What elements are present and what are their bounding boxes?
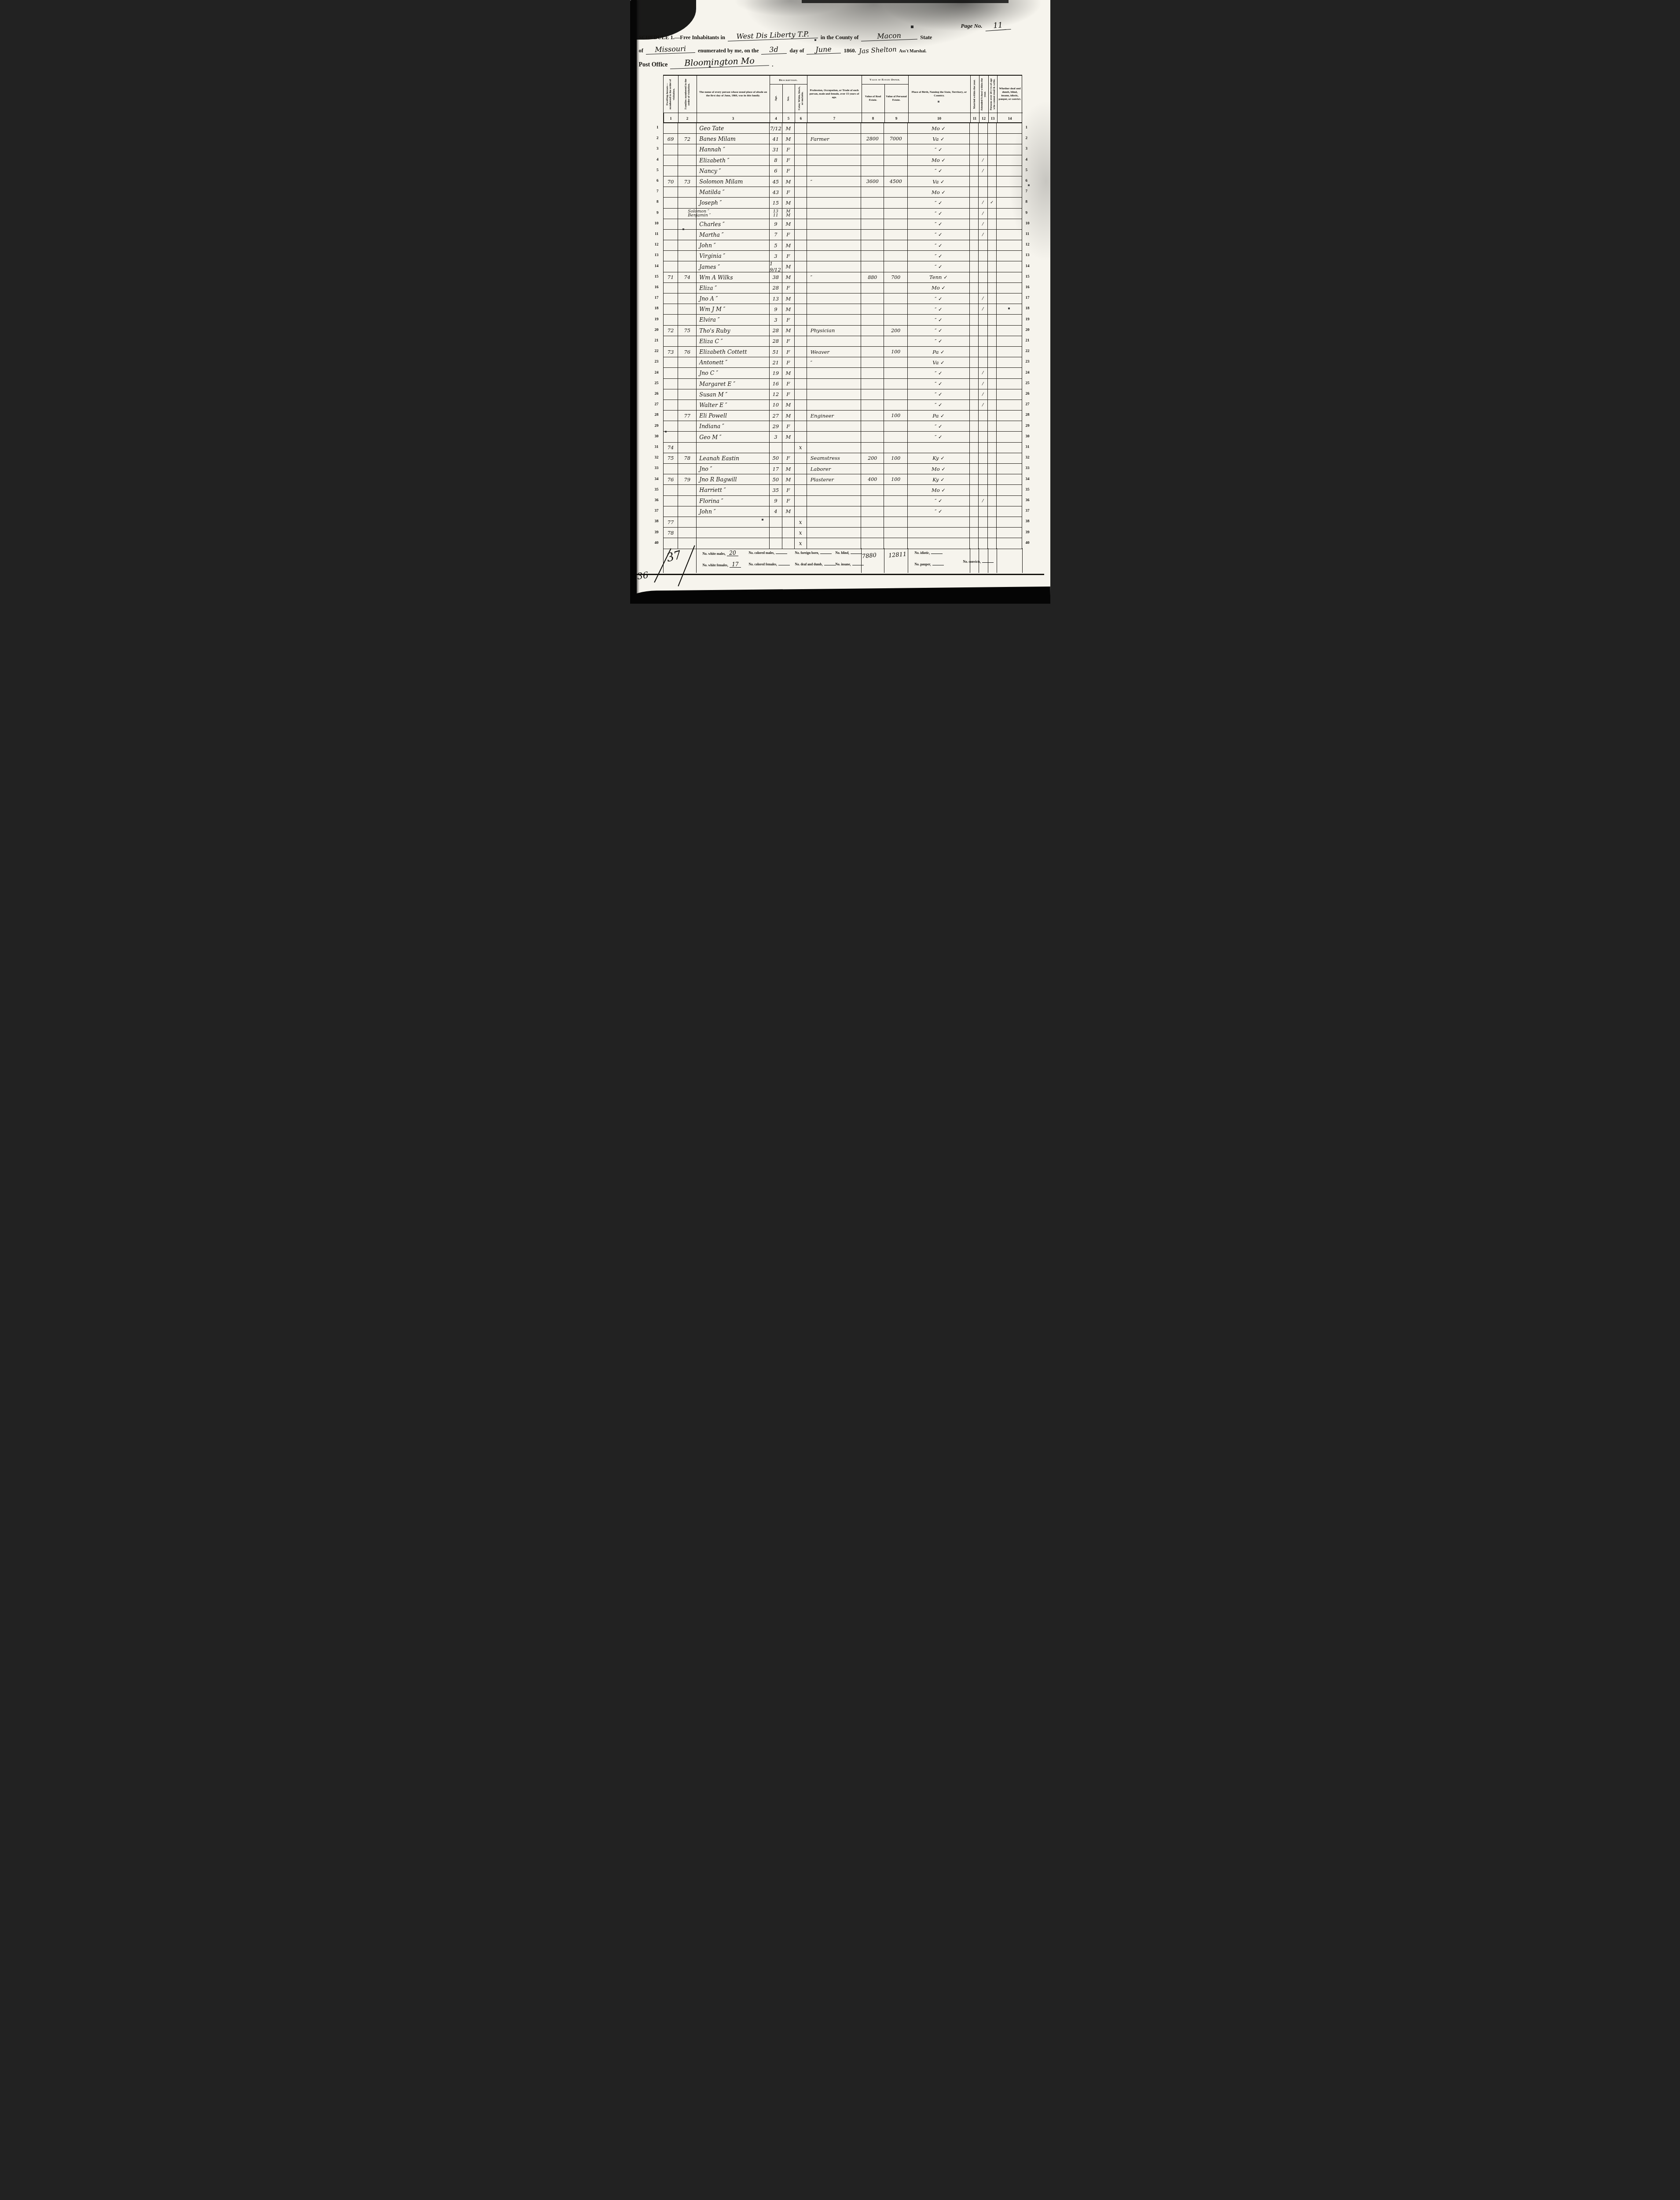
line-number: 32 — [1022, 455, 1049, 459]
cell-dwelling — [664, 336, 678, 346]
line-number: 40 — [1022, 540, 1049, 545]
cell-age: 31 — [769, 144, 782, 154]
cell-married — [969, 198, 978, 208]
cell-name: Margaret E ″ — [696, 379, 769, 389]
line-number: 18 — [637, 306, 663, 310]
line-number: 28 — [1022, 412, 1049, 417]
line-number: 37 — [1022, 508, 1049, 513]
cell-remarks — [996, 261, 1022, 271]
table-row-line-40: x — [664, 538, 1022, 549]
cell-family — [678, 166, 696, 176]
footer-item: No. deaf and dumb, — [795, 562, 836, 566]
cell-birthplace: ″ ✓ — [907, 230, 969, 240]
cell-family — [678, 517, 696, 527]
cell-remarks — [996, 272, 1022, 282]
cell-birthplace: Tenn ✓ — [907, 272, 969, 282]
column-header-4: Age. — [770, 84, 782, 113]
column-number-6: 6 — [795, 113, 807, 123]
cell-personal_estate — [884, 379, 907, 389]
cell-name — [696, 443, 769, 453]
cell-name: Susan M ″ — [696, 389, 769, 400]
cell-school — [978, 474, 987, 484]
cell-dwelling — [664, 368, 678, 378]
cell-real_estate — [861, 166, 884, 176]
cell-sex: M — [782, 293, 794, 304]
line-number: 5 — [1022, 168, 1049, 172]
cell-occupation — [807, 421, 861, 431]
cell-sex: F — [782, 283, 794, 293]
cell-color — [794, 261, 807, 271]
footer-item-label: No. foreign born, — [795, 551, 819, 555]
column-header-14: Whether deaf and dumb, blind, insane, id… — [997, 76, 1023, 113]
cell-age: 10 — [769, 400, 782, 410]
cell-remarks — [996, 176, 1022, 187]
cell-sex: M — [782, 261, 794, 271]
cell-name — [696, 528, 769, 538]
cell-name: Jno A ″ — [696, 293, 769, 304]
cell-school — [978, 315, 987, 325]
column-number-12: 12 — [979, 113, 988, 123]
cell-dwelling — [664, 240, 678, 250]
line-number: 13 — [1022, 253, 1049, 257]
cell-age: 29 — [769, 421, 782, 431]
cell-family — [678, 283, 696, 293]
cell-name — [696, 517, 769, 527]
cell-married — [969, 230, 978, 240]
cell-occupation — [807, 155, 861, 165]
cell-family — [678, 485, 696, 495]
cell-occupation — [807, 368, 861, 378]
cell-sex: F — [782, 357, 794, 367]
cell-sex — [782, 517, 794, 527]
cell-personal_estate — [884, 506, 907, 517]
footer-tally-section: 37 7880 12811 No. convicts, No. white ma… — [637, 548, 1044, 586]
cell-personal_estate — [884, 528, 907, 538]
line-number: 35 — [637, 487, 663, 491]
line-number: 17 — [1022, 295, 1049, 300]
stacked-entries: Solomon ″Benjamin ″ — [688, 209, 711, 218]
cell-remarks — [996, 379, 1022, 389]
cell-color — [794, 432, 807, 442]
cell-remarks — [996, 517, 1022, 527]
cell-remarks — [996, 155, 1022, 165]
enumerated-label: enumerated by me, on the — [698, 48, 759, 54]
tally-mark: 37 — [665, 548, 682, 565]
line-number: 38 — [637, 519, 663, 523]
cell-occupation — [807, 230, 861, 240]
cell-school: / — [978, 209, 987, 219]
column-header-label: Age. — [774, 85, 778, 112]
cell-dwelling — [664, 379, 678, 389]
table-row-line-6: 7073Solomon Milam45M″36004500Va ✓ — [664, 176, 1022, 187]
line-number: 33 — [1022, 466, 1049, 470]
footer-item-label: No. insane, — [836, 562, 851, 566]
line-number: 29 — [637, 423, 663, 428]
cell-personal_estate — [884, 496, 907, 506]
marshal-label: Ass't Marshal. — [899, 49, 926, 54]
line-number: 6 — [637, 178, 663, 183]
page-number-line: Page No. 11 — [961, 21, 1011, 30]
cell-color — [794, 219, 807, 229]
cell-sex: F — [782, 421, 794, 431]
line-number: 26 — [1022, 391, 1049, 396]
cell-occupation — [807, 187, 861, 197]
cell-cannot_read — [987, 389, 996, 400]
column-number-3: 3 — [697, 113, 770, 123]
cell-married — [969, 538, 978, 548]
cell-dwelling — [664, 230, 678, 240]
cell-married — [969, 485, 978, 495]
cell-name: Antonett ″ — [696, 357, 769, 367]
footer-item-value — [931, 554, 943, 554]
cell-married — [969, 187, 978, 197]
cell-dwelling: 70 — [664, 176, 678, 187]
cell-sex: F — [782, 166, 794, 176]
cell-age: 3 — [769, 432, 782, 442]
column-header-label: Attended School within the year. — [980, 77, 987, 112]
cell-birthplace: ″ ✓ — [907, 389, 969, 400]
cell-name: Jno C ″ — [696, 368, 769, 378]
cell-remarks — [996, 230, 1022, 240]
cell-birthplace: Mo ✓ — [907, 464, 969, 474]
cell-age: 28 — [769, 326, 782, 336]
cell-remarks — [996, 400, 1022, 410]
cell-family: 72 — [678, 134, 696, 144]
line-number: 14 — [637, 264, 663, 268]
table-row-line-15: 7174Wm A Wilks38M″880700Tenn ✓ — [664, 272, 1022, 283]
of-label: of — [639, 48, 643, 54]
table-row-line-23: Antonett ″21F″Va ✓ — [664, 357, 1022, 368]
cell-name: Jno ″ — [696, 464, 769, 474]
cell-real_estate — [861, 506, 884, 517]
cell-family — [678, 421, 696, 431]
line-number: 19 — [637, 317, 663, 321]
cell-occupation: ″ — [807, 176, 861, 187]
table-body: Geo Tate7/12MMo ✓6972Banes Milam41MFarme… — [663, 123, 1022, 549]
cell-name: Banes Milam — [696, 134, 769, 144]
cell-personal_estate — [884, 293, 907, 304]
cell-birthplace: ″ ✓ — [907, 166, 969, 176]
cell-family: 77 — [678, 411, 696, 421]
post-office-label: Post Office — [639, 62, 668, 69]
cell-remarks — [996, 421, 1022, 431]
cell-occupation — [807, 538, 861, 548]
table-row-line-16: Eliza ″28FMo ✓ — [664, 283, 1022, 293]
cell-color — [794, 155, 807, 165]
cell-color — [794, 134, 807, 144]
cell-color: x — [794, 538, 807, 548]
footer-rule-vertical — [908, 548, 908, 573]
cell-color — [794, 347, 807, 357]
cell-dwelling: 73 — [664, 347, 678, 357]
cell-occupation: Plasterer — [807, 474, 861, 484]
cell-remarks — [996, 283, 1022, 293]
cell-color — [794, 464, 807, 474]
cell-school — [978, 187, 987, 197]
column-header-12: Attended School within the year. — [979, 76, 988, 113]
column-number-7: 7 — [807, 113, 862, 123]
cell-dwelling — [664, 400, 678, 410]
cell-dwelling — [664, 144, 678, 154]
table-row-line-20: 7275Tho's Ruby28MPhysician200″ ✓ — [664, 326, 1022, 336]
cell-married — [969, 443, 978, 453]
column-number-8: 8 — [862, 113, 884, 123]
line-number: 20 — [637, 327, 663, 332]
schedule-title: SCHEDULE 1.—Free Inhabitants in — [639, 34, 725, 41]
cell-dwelling — [664, 166, 678, 176]
cell-occupation: ″ — [807, 357, 861, 367]
cell-married — [969, 209, 978, 219]
cell-real_estate — [861, 528, 884, 538]
cell-personal_estate — [884, 230, 907, 240]
footer-item-label: No. white males, — [703, 552, 726, 556]
cell-color — [794, 474, 807, 484]
cell-real_estate — [861, 251, 884, 261]
cell-birthplace: ″ ✓ — [907, 304, 969, 314]
cell-name: Joseph ″ — [696, 198, 769, 208]
cell-color — [794, 187, 807, 197]
footer-item: No. pauper, — [915, 562, 944, 566]
cell-birthplace — [907, 528, 969, 538]
column-header-label: Persons over 20 y'rs of age who cannot r… — [990, 77, 996, 112]
cell-school — [978, 538, 987, 548]
line-number: 24 — [637, 370, 663, 374]
cell-age: 9 — [769, 219, 782, 229]
cell-dwelling — [664, 251, 678, 261]
cell-age: 5 — [769, 240, 782, 250]
cell-married — [969, 272, 978, 282]
column-group-estate: Value of Estate Owned. — [862, 76, 908, 84]
cell-cannot_read — [987, 496, 996, 506]
line-number: 17 — [637, 295, 663, 300]
cell-family — [678, 528, 696, 538]
line-number: 28 — [637, 412, 663, 417]
cell-remarks — [996, 464, 1022, 474]
line-number: 3 — [637, 146, 663, 150]
line-number: 33 — [637, 466, 663, 470]
cell-personal_estate — [884, 443, 907, 453]
cell-age: 15 — [769, 198, 782, 208]
cell-real_estate — [861, 443, 884, 453]
cell-birthplace: Mo ✓ — [907, 283, 969, 293]
cell-name: Wm A Wilks — [696, 272, 769, 282]
footer-item: No. insane, — [836, 562, 864, 566]
post-office-value: Bloomington Mo — [670, 55, 769, 69]
line-number: 20 — [1022, 327, 1049, 332]
column-header-1: Dwelling-houses— numbered in the order o… — [664, 76, 678, 113]
cell-color — [794, 368, 807, 378]
cell-school: / — [978, 166, 987, 176]
cell-dwelling — [664, 304, 678, 314]
line-number: 34 — [1022, 477, 1049, 481]
cell-dwelling — [664, 421, 678, 431]
cell-dwelling: 77 — [664, 517, 678, 527]
cell-remarks — [996, 453, 1022, 463]
cell-real_estate — [861, 379, 884, 389]
cell-occupation — [807, 293, 861, 304]
cell-age: 50 — [769, 474, 782, 484]
cell-sex: F — [782, 347, 794, 357]
cell-name: Walter E ″ — [696, 400, 769, 410]
line-number: 11 — [1022, 231, 1049, 236]
cell-real_estate: 880 — [861, 272, 884, 282]
cell-age: 9 — [769, 496, 782, 506]
line-number: 9 — [637, 210, 663, 215]
cell-married — [969, 283, 978, 293]
table-row-line-37: John ″4M″ ✓ — [664, 506, 1022, 517]
cell-cannot_read — [987, 144, 996, 154]
cell-school — [978, 453, 987, 463]
cell-birthplace — [907, 538, 969, 548]
footer-item-label: No. blind, — [836, 551, 849, 555]
table-row-line-30: Geo M ″3M″ ✓ — [664, 432, 1022, 442]
cell-birthplace: ″ ✓ — [907, 209, 969, 219]
cell-family — [678, 230, 696, 240]
cell-school — [978, 261, 987, 271]
cell-married — [969, 304, 978, 314]
cell-occupation — [807, 261, 861, 271]
footer-item-value — [932, 565, 944, 565]
cell-name: Eliza ″ — [696, 283, 769, 293]
cell-birthplace: ″ ✓ — [907, 379, 969, 389]
cell-real_estate — [861, 421, 884, 431]
cell-family — [678, 315, 696, 325]
cell-personal_estate — [884, 166, 907, 176]
cell-personal_estate: 4500 — [884, 176, 907, 187]
cell-cannot_read — [987, 347, 996, 357]
cell-personal_estate: 200 — [884, 326, 907, 336]
table-row-line-26: Susan M ″12F″ ✓/ — [664, 389, 1022, 400]
column-number-1: 1 — [664, 113, 678, 123]
cell-occupation — [807, 496, 861, 506]
cell-real_estate — [861, 347, 884, 357]
column-header-8: Value of Real Estate. — [862, 84, 884, 113]
cell-birthplace — [907, 443, 969, 453]
cell-age: 16 — [769, 379, 782, 389]
cell-birthplace: ″ ✓ — [907, 400, 969, 410]
table-row-line-27: Walter E ″10M″ ✓/ — [664, 400, 1022, 411]
cell-school — [978, 336, 987, 346]
cell-birthplace: ″ ✓ — [907, 496, 969, 506]
cell-family — [678, 198, 696, 208]
cell-personal_estate — [884, 123, 907, 133]
footer-item: No. colored females, — [749, 562, 790, 566]
footer-rule-vertical — [1022, 548, 1023, 573]
cell-remarks — [996, 187, 1022, 197]
footer-rule-vertical — [970, 548, 970, 573]
cell-sex: F — [782, 187, 794, 197]
cell-family — [678, 506, 696, 517]
cell-cannot_read — [987, 176, 996, 187]
cell-school: / — [978, 230, 987, 240]
cell-dwelling: 78 — [664, 528, 678, 538]
line-number: 5 — [637, 168, 663, 172]
cell-sex: F — [782, 251, 794, 261]
cell-sex: F — [782, 144, 794, 154]
cell-personal_estate — [884, 336, 907, 346]
cell-remarks — [996, 304, 1022, 314]
cell-sex: M — [782, 432, 794, 442]
cell-family: 73 — [678, 176, 696, 187]
cell-occupation: Laborer — [807, 464, 861, 474]
cell-married — [969, 155, 978, 165]
line-number: 21 — [1022, 338, 1049, 342]
cell-color — [794, 198, 807, 208]
cell-sex — [782, 538, 794, 548]
cell-name: Matilda ″ — [696, 187, 769, 197]
cell-dwelling — [664, 506, 678, 517]
cell-remarks — [996, 326, 1022, 336]
state-label: State — [920, 34, 932, 41]
cell-age: 9 — [769, 304, 782, 314]
cell-real_estate — [861, 411, 884, 421]
cell-married — [969, 411, 978, 421]
cell-birthplace: ″ ✓ — [907, 336, 969, 346]
cell-cannot_read — [987, 411, 996, 421]
column-header-label: Color, White, black, or mulatto. — [798, 85, 804, 112]
cell-color — [794, 293, 807, 304]
table-row-line-11: Martha ″7F″ ✓/ — [664, 230, 1022, 240]
cell-personal_estate — [884, 155, 907, 165]
cell-age: 3 — [769, 315, 782, 325]
line-number: 1 — [637, 125, 663, 129]
line-number: 35 — [1022, 487, 1049, 491]
cell-real_estate — [861, 240, 884, 250]
stacked-entries: MM — [786, 209, 790, 218]
personal-estate-total: 12811 — [888, 551, 907, 559]
cell-family — [678, 496, 696, 506]
cell-cannot_read — [987, 166, 996, 176]
footer-item-label: No. colored males, — [749, 551, 775, 555]
cell-occupation — [807, 517, 861, 527]
cell-age: 50 — [769, 453, 782, 463]
cell-real_estate — [861, 144, 884, 154]
line-number: 16 — [637, 285, 663, 289]
line-number: 3 — [1022, 146, 1049, 150]
cell-birthplace: Mo ✓ — [907, 187, 969, 197]
cell-remarks — [996, 496, 1022, 506]
cell-dwelling — [664, 123, 678, 133]
cell-married — [969, 496, 978, 506]
table-row-line-21: Eliza C ″28F″ ✓ — [664, 336, 1022, 347]
cell-color — [794, 379, 807, 389]
cell-sex: M — [782, 400, 794, 410]
cell-real_estate — [861, 368, 884, 378]
line-number: 23 — [1022, 359, 1049, 363]
cell-real_estate — [861, 389, 884, 400]
column-number-9: 9 — [884, 113, 908, 123]
line-number: 36 — [637, 498, 663, 502]
cell-birthplace: ″ ✓ — [907, 219, 969, 229]
cell-personal_estate — [884, 400, 907, 410]
line-number: 27 — [637, 402, 663, 406]
cell-dwelling: 76 — [664, 474, 678, 484]
cell-sex: F — [782, 389, 794, 400]
cell-married — [969, 240, 978, 250]
cell-remarks — [996, 368, 1022, 378]
cell-personal_estate — [884, 538, 907, 548]
cell-real_estate — [861, 517, 884, 527]
footer-item: No. colored males, — [749, 551, 788, 555]
table-row-line-31: 74x — [664, 443, 1022, 453]
cell-school — [978, 144, 987, 154]
cell-school: / — [978, 293, 987, 304]
line-number: 15 — [1022, 274, 1049, 279]
scan-bottom-black-edge — [630, 595, 1050, 604]
line-number: 30 — [1022, 434, 1049, 438]
cell-dwelling — [664, 432, 678, 442]
cell-name: John ″ — [696, 506, 769, 517]
